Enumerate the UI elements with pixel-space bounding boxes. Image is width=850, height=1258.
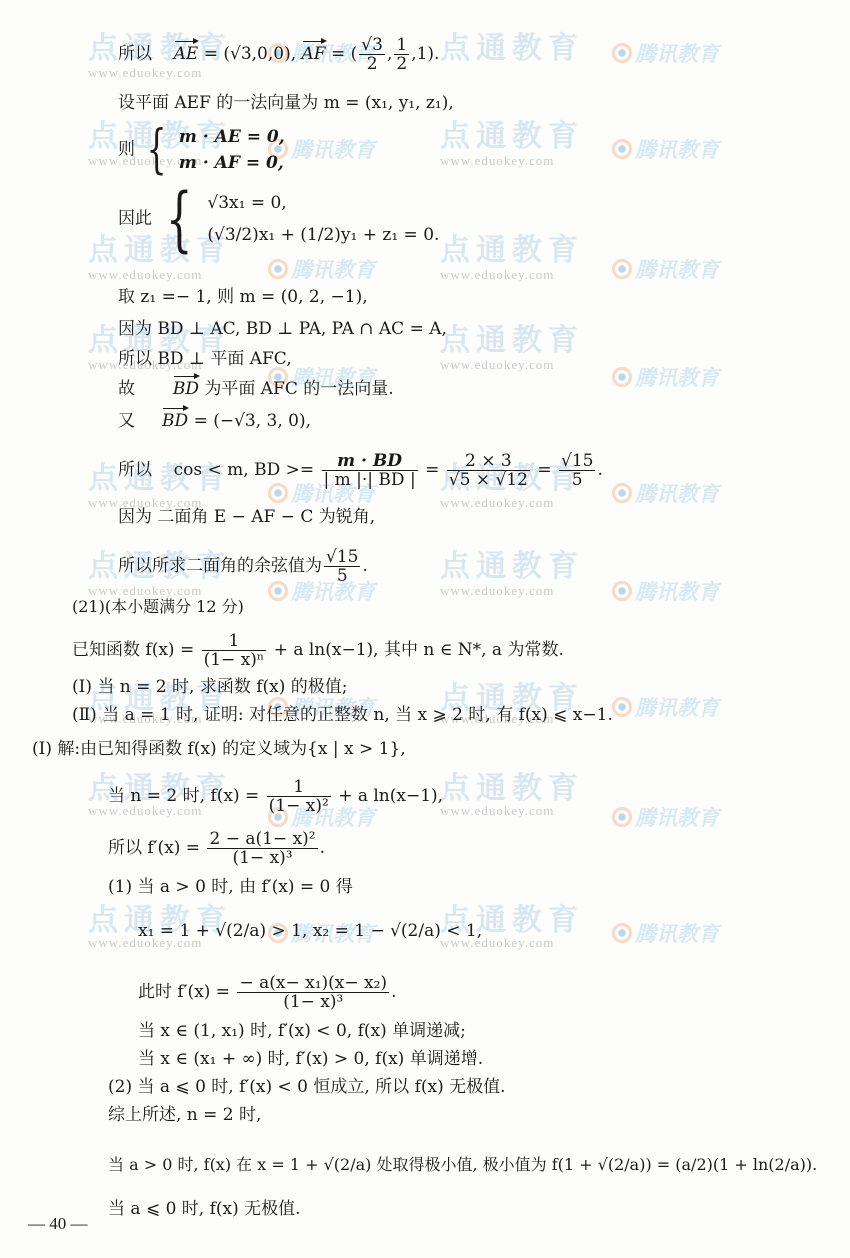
cos-computation: 所以 cos < m, BD >= m · BD| m |·| BD | = 2… xyxy=(118,452,603,489)
partner-logo-icon xyxy=(612,259,632,279)
watermark-partner: 腾讯教育 xyxy=(612,918,719,948)
watermark-partner: 腾讯教育 xyxy=(612,576,719,606)
ae-af-vectors: 所以 AE = (√3,0,0), AF = (√32,12,1). xyxy=(118,36,439,73)
case-1: (1) 当 a > 0 时, 由 f′(x) = 0 得 xyxy=(108,876,353,898)
watermark-url: www.eduokey.com xyxy=(440,584,554,598)
conclusion-a-nonpositive: 当 a ⩽ 0 时, f(x) 无极值. xyxy=(108,1198,301,1220)
watermark-url: www.eduokey.com xyxy=(440,154,554,168)
fraction: − a(x− x₁)(x− x₂)(1− x)³ xyxy=(237,974,389,1011)
watermark-brand: 点通教育 xyxy=(440,774,584,804)
partner-logo-icon xyxy=(612,483,632,503)
fraction: m · BD| m |·| BD | xyxy=(322,452,418,489)
conclusion-a-positive: 当 a > 0 时, f(x) 在 x = 1 + √(2/a) 处取得极小值,… xyxy=(108,1154,817,1176)
watermark-partner: 腾讯教育 xyxy=(612,478,719,508)
increasing: 当 x ∈ (x₁ + ∞) 时, f′(x) > 0, f(x) 单调递增. xyxy=(138,1048,483,1070)
normal-vector-def: 设平面 AEF 的一法向量为 m = (x₁, y₁, z₁), xyxy=(118,92,454,114)
brace-icon: { xyxy=(166,193,193,245)
text: 所以 xyxy=(118,44,152,64)
case-2: (2) 当 a ⩽ 0 时, f′(x) < 0 恒成立, 所以 f(x) 无极… xyxy=(108,1076,506,1098)
fraction: 1(1− x)² xyxy=(267,778,331,815)
text: 因此 xyxy=(118,209,152,229)
watermark-partner: 腾讯教育 xyxy=(612,134,719,164)
summary: 综上所述, n = 2 时, xyxy=(108,1104,261,1126)
partner-logo-icon xyxy=(612,807,632,827)
watermark-partner: 腾讯教育 xyxy=(612,802,719,832)
watermark-brand: 点通教育 xyxy=(440,552,584,582)
acute-angle: 因为 二面角 E − AF − C 为锐角, xyxy=(118,506,375,528)
vector-bd: BD xyxy=(162,410,188,432)
problem-statement: 已知函数 f(x) = 1(1− x)ⁿ + a ln(x−1), 其中 n ∈… xyxy=(72,632,564,669)
watermark-brand: 点通教育 xyxy=(440,236,584,266)
bd-value: 又 BD = (−√3, 3, 0), xyxy=(118,410,311,432)
af-value: = (√32,12,1). xyxy=(331,44,439,64)
equation: (√3/2)x₁ + (1/2)y₁ + z₁ = 0. xyxy=(207,222,439,248)
text: 此时 f′(x) = xyxy=(138,982,230,1002)
system-2: 因此 { √3x₁ = 0,(√3/2)x₁ + (1/2)y₁ + z₁ = … xyxy=(118,190,439,248)
vector-bd: BD xyxy=(173,378,199,400)
text: 为平面 AFC 的一法向量. xyxy=(204,379,393,399)
text: cos < m, BD >= xyxy=(174,460,314,480)
watermark-url: www.eduokey.com xyxy=(440,496,554,510)
partner-logo-icon xyxy=(612,923,632,943)
watermark-url: www.eduokey.com xyxy=(440,804,554,818)
text: 则 xyxy=(118,140,135,160)
fraction: 2 − a(1− x)²(1− x)³ xyxy=(207,830,317,867)
brace-icon: { xyxy=(147,124,167,176)
vector-af: AF xyxy=(302,43,326,65)
partner-logo-icon xyxy=(612,43,632,63)
decreasing: 当 x ∈ (1, x₁) 时, f′(x) < 0, f(x) 单调递减; xyxy=(138,1020,466,1042)
text: 已知函数 f(x) = xyxy=(72,640,194,660)
equation: m · AE = 0, xyxy=(179,124,285,150)
partner-logo-icon xyxy=(612,581,632,601)
text: = (−√3, 3, 0), xyxy=(194,411,311,431)
partner-logo-icon xyxy=(268,259,288,279)
choose-z1: 取 z₁ =− 1, 则 m = (0, 2, −1), xyxy=(118,286,368,308)
text: 故 xyxy=(118,379,135,399)
solution-intro: (Ⅰ) 解:由已知得函数 f(x) 的定义域为{x | x > 1}, xyxy=(32,738,406,760)
equation: m · AF = 0, xyxy=(179,150,285,176)
fraction: 2 × 3√5 × √12 xyxy=(447,452,530,489)
problem-header: (21)(本小题满分 12 分) xyxy=(72,596,244,618)
text: 当 n = 2 时, f(x) = xyxy=(108,786,259,806)
bd-perp-plane: 所以 BD ⊥ 平面 AFC, xyxy=(118,348,292,370)
watermark-partner: 腾讯教育 xyxy=(268,254,375,284)
equation: √3x₁ = 0, xyxy=(207,190,439,216)
watermark-brand: 点通教育 xyxy=(440,122,584,152)
watermark-partner: 腾讯教育 xyxy=(612,362,719,392)
bd-perp: 因为 BD ⊥ AC, BD ⊥ PA, PA ∩ AC = A, xyxy=(118,318,447,340)
derivative: 所以 f′(x) = 2 − a(1− x)²(1− x)³. xyxy=(108,830,325,867)
fraction: √155 xyxy=(559,452,595,489)
text: + a ln(x−1), 其中 n ∈ N*, a 为常数. xyxy=(274,640,564,660)
fraction: 1(1− x)ⁿ xyxy=(202,632,267,669)
system-1: 则 { m · AE = 0,m · AF = 0, xyxy=(118,124,285,176)
text: 所以 f′(x) = xyxy=(108,838,200,858)
ae-value: = (√3,0,0), xyxy=(204,44,296,64)
watermark-url: www.eduokey.com xyxy=(440,358,554,372)
text: 又 xyxy=(118,411,135,431)
cos-result: 所以所求二面角的余弦值为√155. xyxy=(118,548,368,585)
roots: x₁ = 1 + √(2/a) > 1, x₂ = 1 − √(2/a) < 1… xyxy=(138,920,482,942)
watermark-partner: 腾讯教育 xyxy=(612,692,719,722)
watermark-partner: 腾讯教育 xyxy=(612,38,719,68)
text: 所以所求二面角的余弦值为 xyxy=(118,556,322,576)
watermark-url: www.eduokey.com xyxy=(440,268,554,282)
watermark-url: www.eduokey.com xyxy=(88,268,202,282)
part-2: (Ⅱ) 当 a = 1 时, 证明: 对任意的正整数 n, 当 x ⩾ 2 时,… xyxy=(72,704,613,726)
page-number: — 40 — xyxy=(28,1214,88,1234)
n2-function: 当 n = 2 时, f(x) = 1(1− x)² + a ln(x−1), xyxy=(108,778,443,815)
partner-logo-icon xyxy=(612,139,632,159)
watermark-brand: 点通教育 xyxy=(440,34,584,64)
part-1: (Ⅰ) 当 n = 2 时, 求函数 f(x) 的极值; xyxy=(72,676,348,698)
partner-logo-icon xyxy=(612,367,632,387)
watermark-brand: 点通教育 xyxy=(440,326,584,356)
watermark-partner: 腾讯教育 xyxy=(612,254,719,284)
factored-derivative: 此时 f′(x) = − a(x− x₁)(x− x₂)(1− x)³. xyxy=(138,974,396,1011)
text: + a ln(x−1), xyxy=(338,786,443,806)
partner-logo-icon xyxy=(612,697,632,717)
bd-normal: 故 BD 为平面 AFC 的一法向量. xyxy=(118,378,394,400)
fraction: √155 xyxy=(324,548,360,585)
vector-ae: AE xyxy=(174,43,199,65)
text: 所以 xyxy=(118,460,152,480)
